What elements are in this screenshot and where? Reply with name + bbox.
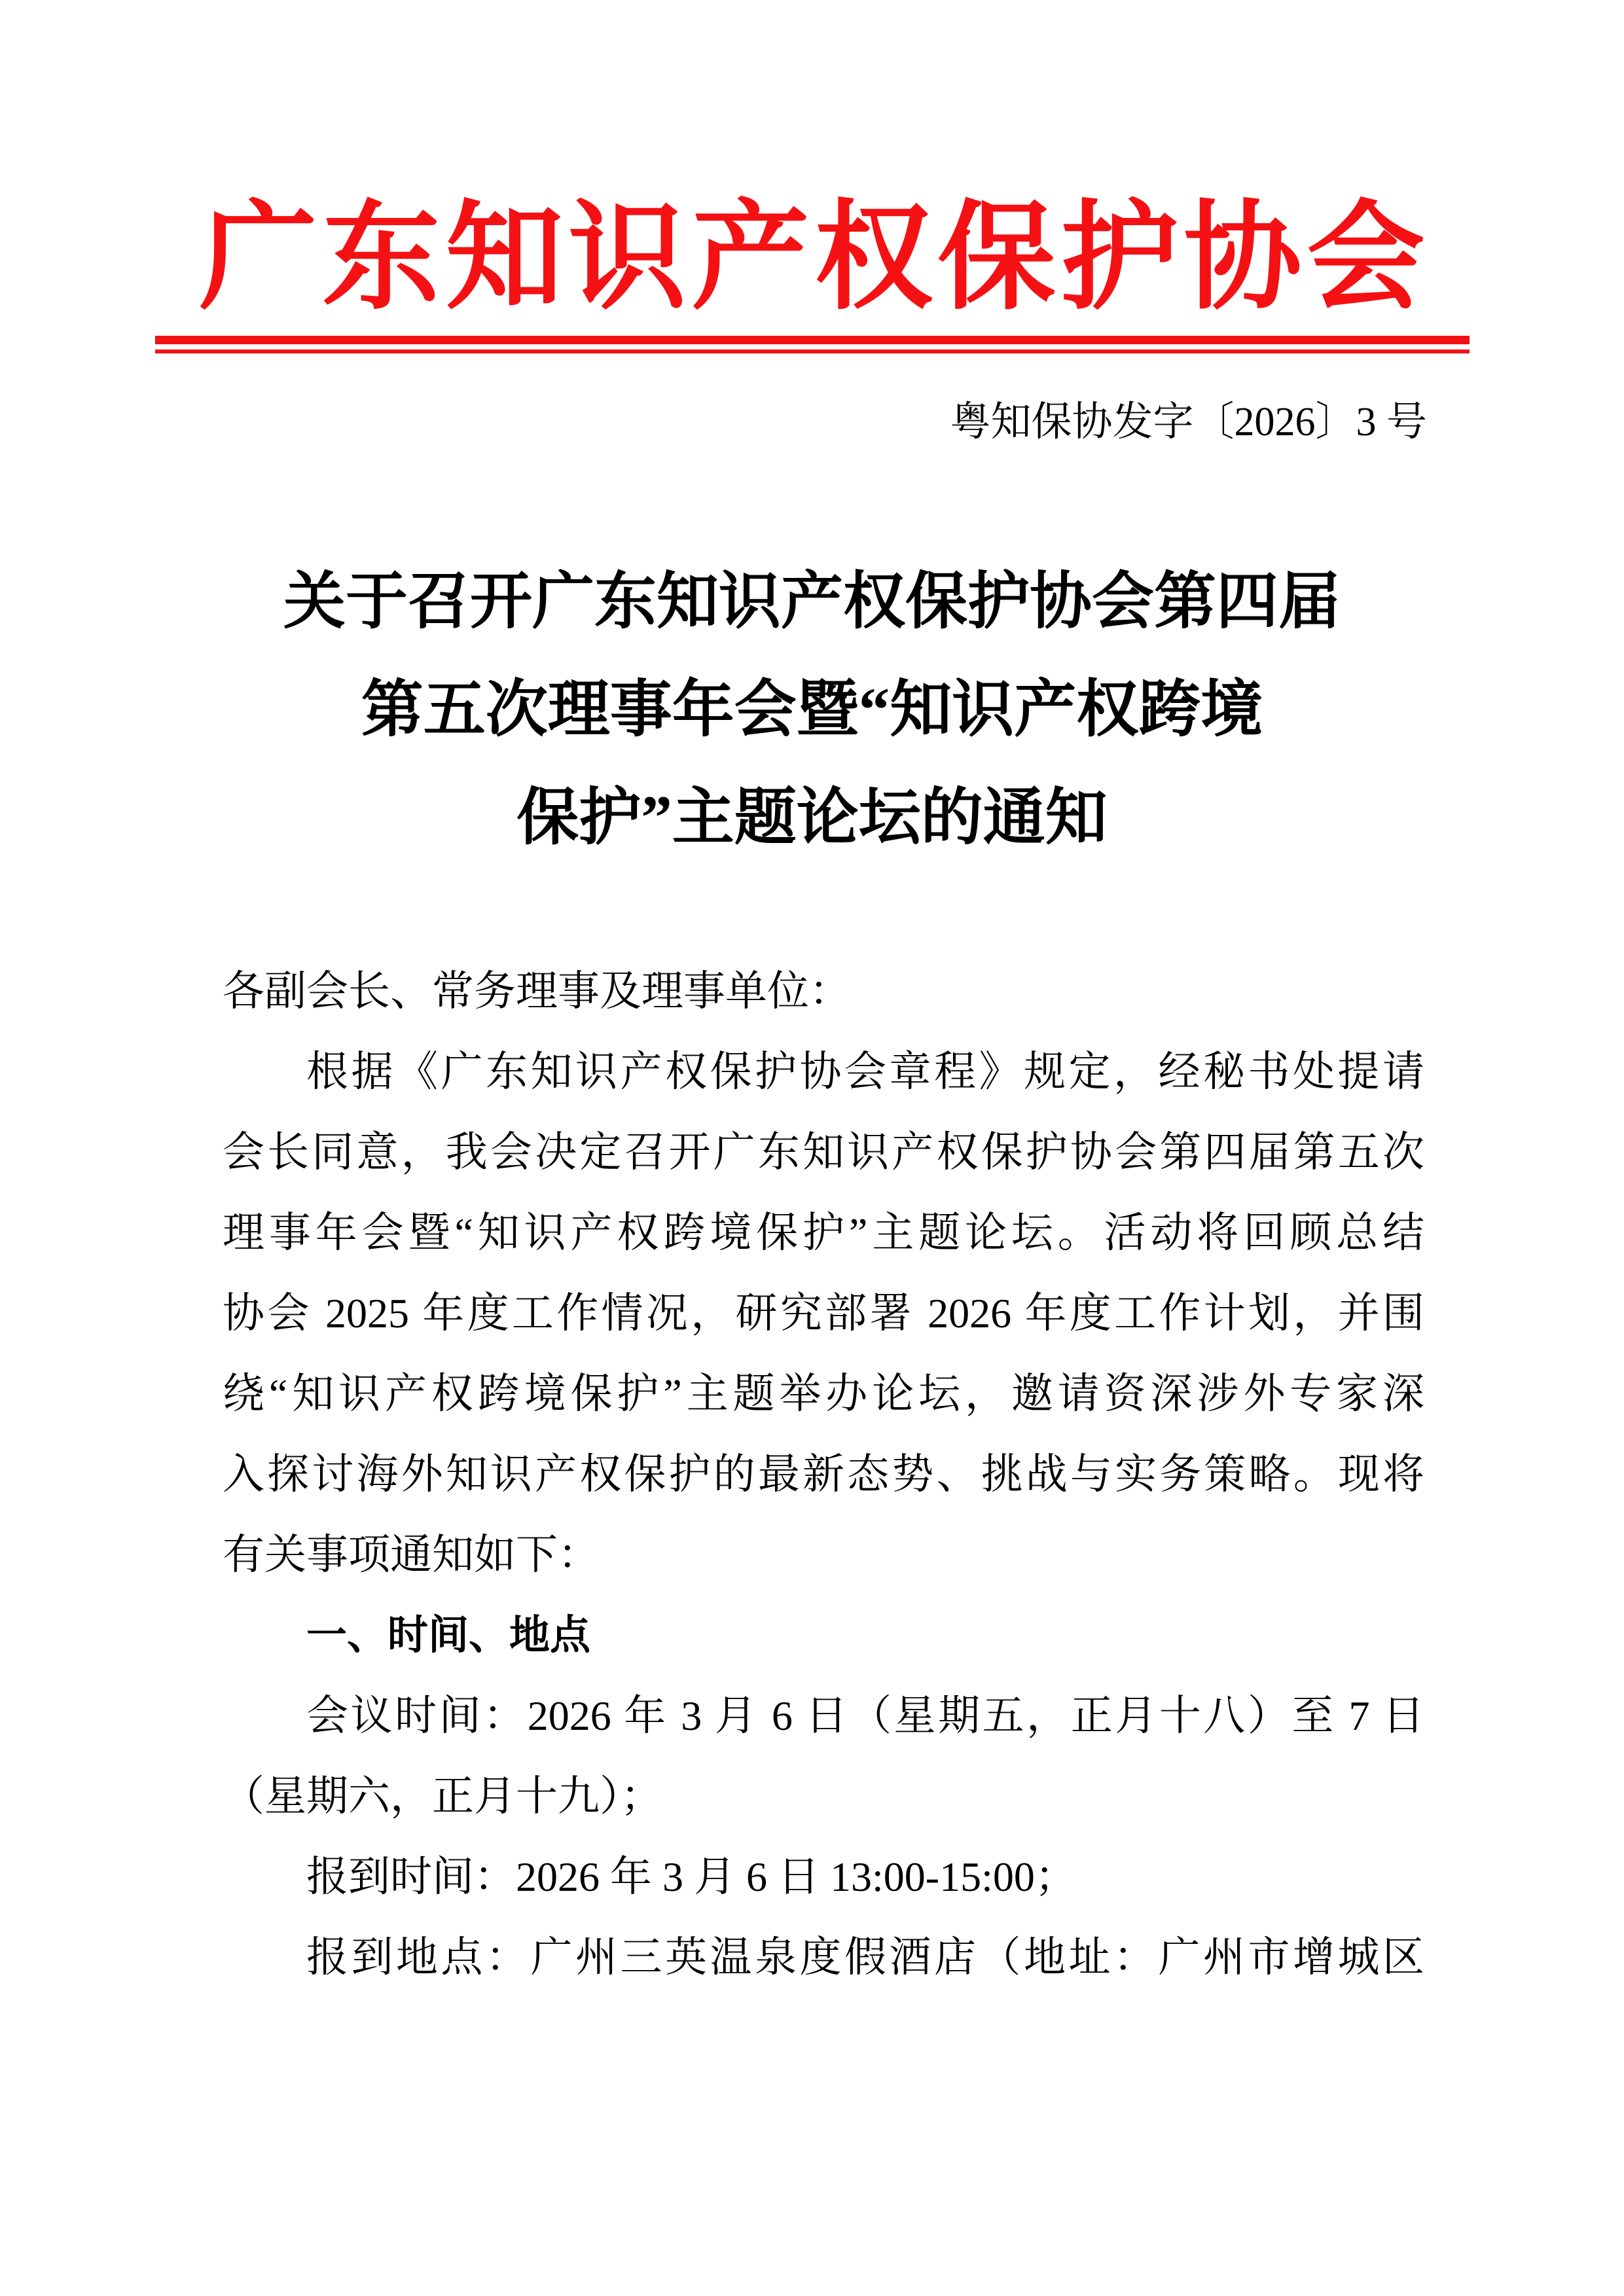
intro-line: 绕“知识产权跨境保护”主题举办论坛，邀请资深涉外专家深 xyxy=(223,1354,1424,1434)
notice-title-line3: 保护”主题论坛的通知 xyxy=(80,764,1544,872)
notice-body: 各副会长、常务理事及理事单位： 根据《广东知识产权保护协会章程》规定，经秘书处提… xyxy=(223,951,1424,1998)
doc-number: 粤知保协发字〔2026〕3 号 xyxy=(223,393,1427,452)
checkin-place-line: 报到地点：广州三英温泉度假酒店（地址：广州市增城区 xyxy=(223,1917,1424,1998)
notice-title: 关于召开广东知识产权保护协会第四届 第五次理事年会暨“知识产权跨境 保护”主题论… xyxy=(80,548,1544,872)
intro-line: 入探讨海外知识产权保护的最新态势、挑战与实务策略。现将 xyxy=(223,1434,1424,1515)
notice-title-line1: 关于召开广东知识产权保护协会第四届 xyxy=(80,548,1544,656)
section-heading-time-place: 一、时间、地点 xyxy=(223,1595,1424,1676)
salutation: 各副会长、常务理事及理事单位： xyxy=(223,951,1424,1031)
meeting-time-line: （星期六，正月十九）； xyxy=(223,1756,1424,1837)
intro-line: 协会 2025 年度工作情况，研究部署 2026 年度工作计划，并围 xyxy=(223,1273,1424,1354)
header-divider-thick xyxy=(155,336,1470,344)
intro-line: 有关事项通知如下： xyxy=(223,1515,1424,1595)
checkin-time-line: 报到时间：2026 年 3 月 6 日 13:00-15:00； xyxy=(223,1837,1424,1917)
document-page: 广东知识产权保护协会 粤知保协发字〔2026〕3 号 关于召开广东知识产权保护协… xyxy=(0,0,1624,2296)
intro-line: 会长同意，我会决定召开广东知识产权保护协会第四届第五次 xyxy=(223,1112,1424,1193)
intro-line: 理事年会暨“知识产权跨境保护”主题论坛。活动将回顾总结 xyxy=(223,1193,1424,1273)
intro-line: 根据《广东知识产权保护协会章程》规定，经秘书处提请 xyxy=(223,1031,1424,1112)
header-divider-thin xyxy=(155,350,1470,353)
meeting-time-line: 会议时间：2026 年 3 月 6 日（星期五，正月十八）至 7 日 xyxy=(223,1676,1424,1756)
notice-title-line2: 第五次理事年会暨“知识产权跨境 xyxy=(80,656,1544,764)
org-name-header: 广东知识产权保护协会 xyxy=(0,193,1624,324)
